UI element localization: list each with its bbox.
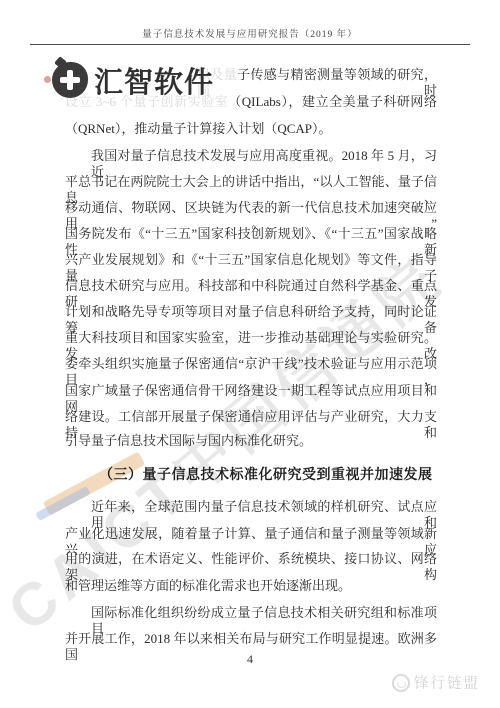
body-line: （QRNet），推动量子计算接入计划（QCAP）。 <box>65 121 437 137</box>
body-line: 引导量子信息技术国际与国内标准化研究。 <box>65 433 437 449</box>
fengxing-label: 锋行链盟 <box>414 672 480 693</box>
body-line: 和管理运维等方面的标准化需求也开始逐渐出现。 <box>65 578 437 594</box>
report-header-title: 量子信息技术发展与应用研究报告（2019 年） <box>0 26 500 40</box>
section-heading: （三）量子信息技术标准化研究受到重视并加速发展 <box>99 464 433 484</box>
page-number: 4 <box>0 652 500 667</box>
header-rule <box>30 44 470 45</box>
document-page: CAICT中国信通院 量子信息技术发展与应用研究报告（2019 年） 以及量子传… <box>0 0 500 708</box>
logo-wordmark: 汇智软件 <box>94 60 214 101</box>
huizhi-software-logo-sticker: 汇智软件 <box>36 50 236 116</box>
fengxing-lianmeng-watermark: 锋行链盟 <box>392 672 480 693</box>
game-controller-icon <box>52 62 88 98</box>
fengxing-logo-icon <box>392 674 410 692</box>
logo-accent-dot <box>44 76 51 83</box>
